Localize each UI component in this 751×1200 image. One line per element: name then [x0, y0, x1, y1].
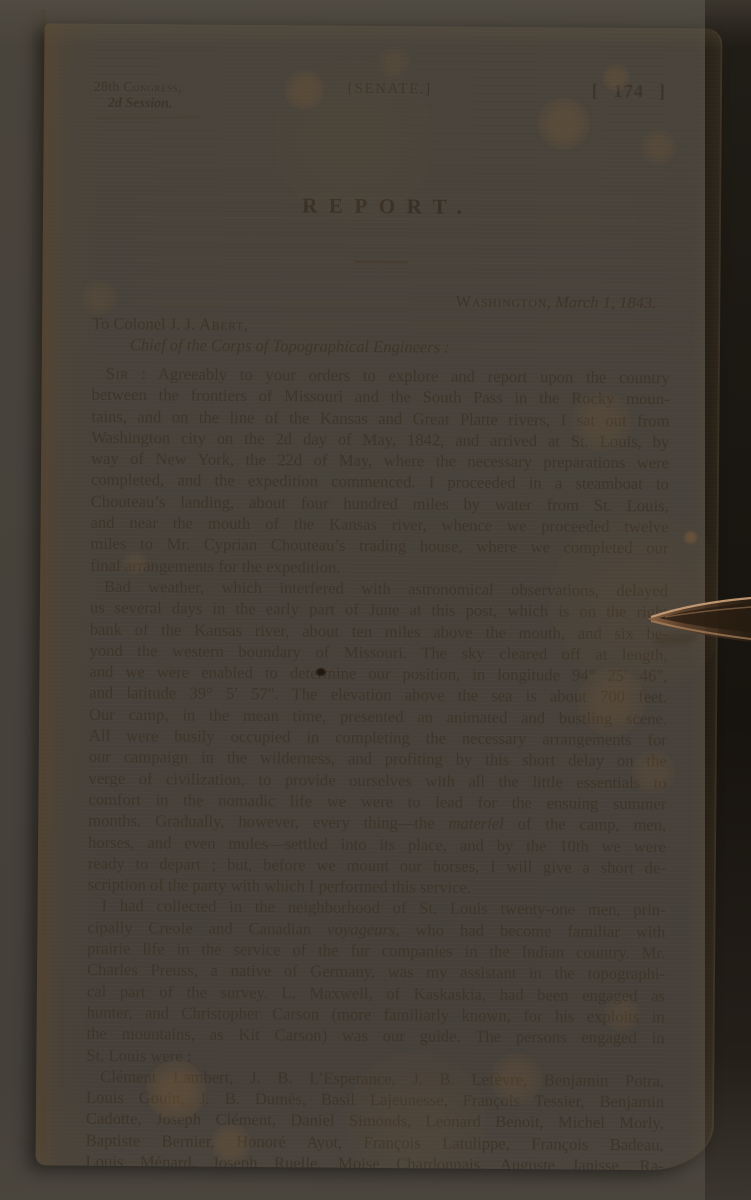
title-divider: [355, 261, 409, 263]
small-caps-text: Abert: [199, 315, 244, 334]
main-page: 28th Congress, 2d Session. [SENATE.] [ 1…: [36, 23, 721, 1170]
chamber-label: [SENATE.]: [348, 81, 432, 99]
page-content: 28th Congress, 2d Session. [SENATE.] [ 1…: [36, 23, 721, 1170]
congress-session-block: 28th Congress, 2d Session.: [94, 78, 200, 119]
page-holder-clip: [645, 584, 751, 654]
italic-text: March 1, 1843.: [555, 292, 656, 312]
text-line: Louis Ménard, Joseph Ruelle, Moise Chard…: [85, 1151, 663, 1171]
paragraph: Sir : Agreeably to your orders to explor…: [90, 363, 670, 581]
ink-blot: [315, 668, 326, 677]
report-body: Sir : Agreeably to your orders to explor…: [85, 363, 670, 1171]
dateline: Washington, March 1, 1843.: [92, 289, 670, 314]
paragraph: Clément Lambert, J. B. L’Esperance, J. B…: [85, 1066, 664, 1171]
paragraph: Bad weather, which interfered with astro…: [88, 576, 668, 900]
small-caps-text: Sir: [106, 364, 129, 383]
report-title: REPORT.: [93, 192, 671, 222]
italic-text: materiel: [448, 814, 503, 833]
addressee-line2: Chief of the Corps of Topographical Engi…: [130, 335, 670, 359]
italic-text: voyageurs: [327, 919, 395, 939]
paragraph: I had collected in the neighborhood of S…: [86, 895, 665, 1070]
congress-label: 28th Congress,: [94, 78, 200, 96]
small-caps-text: Congress: [123, 79, 178, 94]
doc-number: [ 174 ]: [592, 82, 666, 104]
session-label: 2d Session.: [108, 95, 200, 113]
photo-background: { "colors": { "paper": "#e0d1b1", "ink":…: [0, 0, 751, 1200]
page-header: 28th Congress, 2d Session. [SENATE.] [ 1…: [94, 78, 672, 135]
small-caps-text: Washington: [456, 292, 548, 312]
session-rule: [96, 117, 200, 119]
